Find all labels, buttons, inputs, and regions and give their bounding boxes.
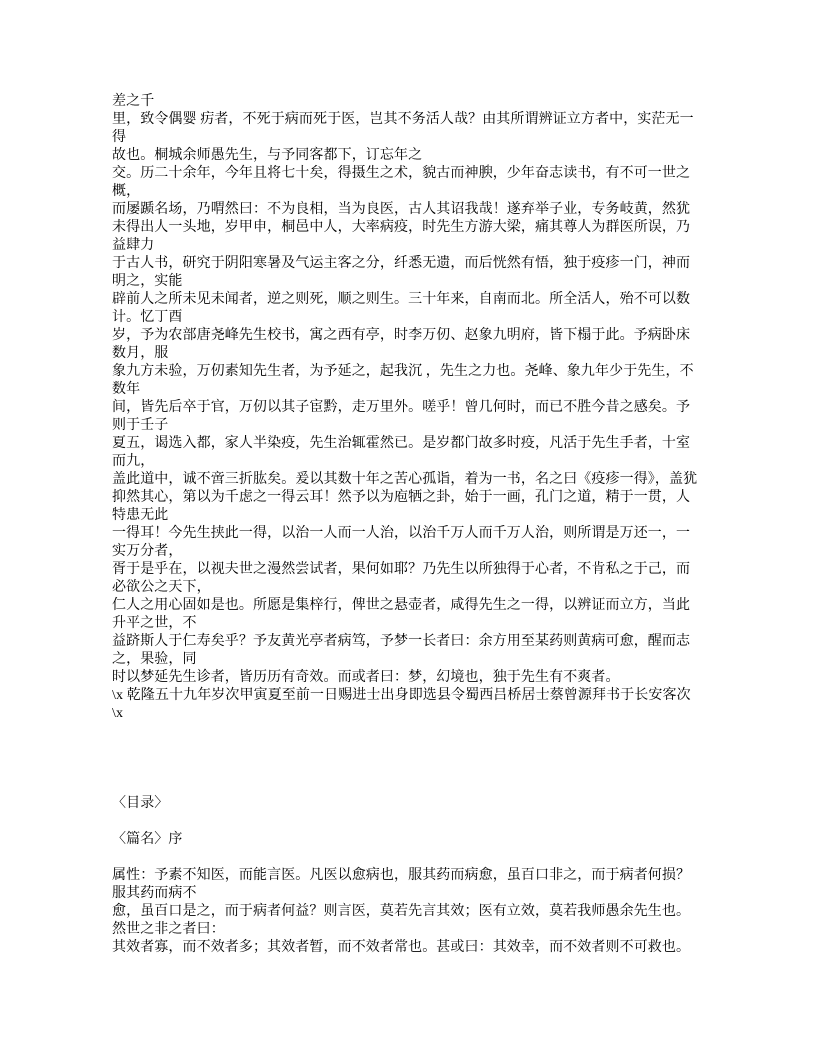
text-line: 于古人书，研究于阴阳寒暑及气运主客之分，纤悉无遗，而后恍然有悟，独于疫疹一门，神… — [112, 255, 716, 273]
text-line: 明之，实能 — [112, 273, 716, 291]
text-line: 得 — [112, 129, 716, 147]
text-line: 则于壬子 — [112, 417, 716, 435]
text-line: 里，致令偶婴 疠者，不死于病而死于医，岂其不务活人哉？由其所谓辨证立方者中，实茫… — [112, 111, 716, 129]
text-line: 计。忆丁酉 — [112, 309, 716, 327]
text-line: 之，果验，同 — [112, 651, 716, 669]
text-line: 抑然其心，第以为千虑之一得云耳！然予以为庖牺之卦，始于一画，孔门之道，精于一贯，… — [112, 489, 716, 507]
text-line: 一得耳！今先生挟此一得，以治一人而一人治，以治千万人而千万人治，则所谓是万还一，… — [112, 525, 716, 543]
text-line: 而屡踬名场，乃喟然曰：不为良相，当为良医，古人其诏我哉！遂弃举子业，专务岐黄，然… — [112, 201, 716, 219]
text-line: 差之千 — [112, 93, 716, 111]
text-line: 胥于是乎在，以视夫世之漫然尝试者，果何如耶？乃先生以所独得于心者，不肯私之于己，… — [112, 561, 716, 579]
text-line: \x 乾隆五十九年岁次甲寅夏至前一日赐进士出身即选县令蜀西吕桥居士蔡曾源拜书于长… — [112, 687, 716, 705]
text-line: 特患无此 — [112, 507, 716, 525]
text-line: 象九方未验，万仞素知先生者，为予延之，起我沉 ，先生之力也。尧峰、象九年少于先生… — [112, 363, 716, 381]
text-line: 升平之世，不 — [112, 615, 716, 633]
text-line: 数月，服 — [112, 345, 716, 363]
text-line: 实万分者， — [112, 543, 716, 561]
text-line: 而九， — [112, 453, 716, 471]
text-line: 夏五，谒选入都，家人半染疫，先生治辄霍然已。是岁都门故多时疫，凡活于先生手者，十… — [112, 435, 716, 453]
text-line: 〈篇名〉序 — [112, 831, 716, 849]
text-line: 盖此道中，诚不啻三折肱矣。爰以其数十年之苦心孤诣，着为一书，名之曰《疫疹一得》，… — [112, 471, 716, 489]
text-line: 仁人之用心固如是也。所愿是集梓行，俾世之悬壶者，咸得先生之一得，以辨证而立方，当… — [112, 597, 716, 615]
text-line: 故也。桐城余师愚先生，与予同客都下，订忘年之 — [112, 147, 716, 165]
text-line: 其效者寡，而不效者多；其效者暂，而不效者常也。甚或曰：其效幸，而不效者则不可救也… — [112, 939, 716, 957]
text-line: 〈目录〉 — [112, 795, 716, 813]
text-line: 愈，虽百口是之，而于病者何益？则言医，莫若先言其效；医有立效，莫若我师愚余先生也… — [112, 903, 716, 921]
text-line: 未得出人一头地，岁甲申，桐邑中人，大率病疫，时先生方游大梁，痛其尊人为群医所误，… — [112, 219, 716, 237]
text-line: \x — [112, 705, 716, 723]
text-line — [112, 849, 716, 867]
text-line — [112, 723, 716, 741]
text-line: 然世之非之者曰： — [112, 921, 716, 939]
text-line — [112, 777, 716, 795]
document-text: 差之千里，致令偶婴 疠者，不死于病而死于医，岂其不务活人哉？由其所谓辨证立方者中… — [112, 93, 716, 957]
text-line: 交。历二十余年，今年且将七十矣，得摄生之术，貌古而神腴，少年奋志读书，有不可一世… — [112, 165, 716, 183]
text-line: 益跻斯人于仁寿矣乎？予友黄光亭者病笃，予梦一长者曰：余方用至某药则黄病可愈，醒而… — [112, 633, 716, 651]
text-line: 属性：予素不知医，而能言医。凡医以愈病也，服其药而病愈，虽百口非之，而于病者何损… — [112, 867, 716, 885]
text-line: 数年 — [112, 381, 716, 399]
text-line: 概， — [112, 183, 716, 201]
text-line: 益肆力 — [112, 237, 716, 255]
text-line: 必欲公之天下， — [112, 579, 716, 597]
document-page: 差之千里，致令偶婴 疠者，不死于病而死于医，岂其不务活人哉？由其所谓辨证立方者中… — [0, 0, 816, 1056]
text-line: 辟前人之所未见未闻者，逆之则死，顺之则生。三十年来，自南而北。所全活人，殆不可以… — [112, 291, 716, 309]
text-line — [112, 741, 716, 759]
text-line: 服其药而病不 — [112, 885, 716, 903]
text-line — [112, 759, 716, 777]
text-line — [112, 813, 716, 831]
text-line: 间，皆先后卒于官，万仞以其子宦黔，走万里外。嗟乎！曾几何时，而已不胜今昔之感矣。… — [112, 399, 716, 417]
text-line: 岁，予为农部唐尧峰先生校书，寓之西有亭，时李万仞、赵象九明府，皆下榻于此。予病卧… — [112, 327, 716, 345]
text-line: 时以梦延先生诊者，皆历历有奇效。而或者曰：梦，幻境也，独于先生有不爽者。 — [112, 669, 716, 687]
